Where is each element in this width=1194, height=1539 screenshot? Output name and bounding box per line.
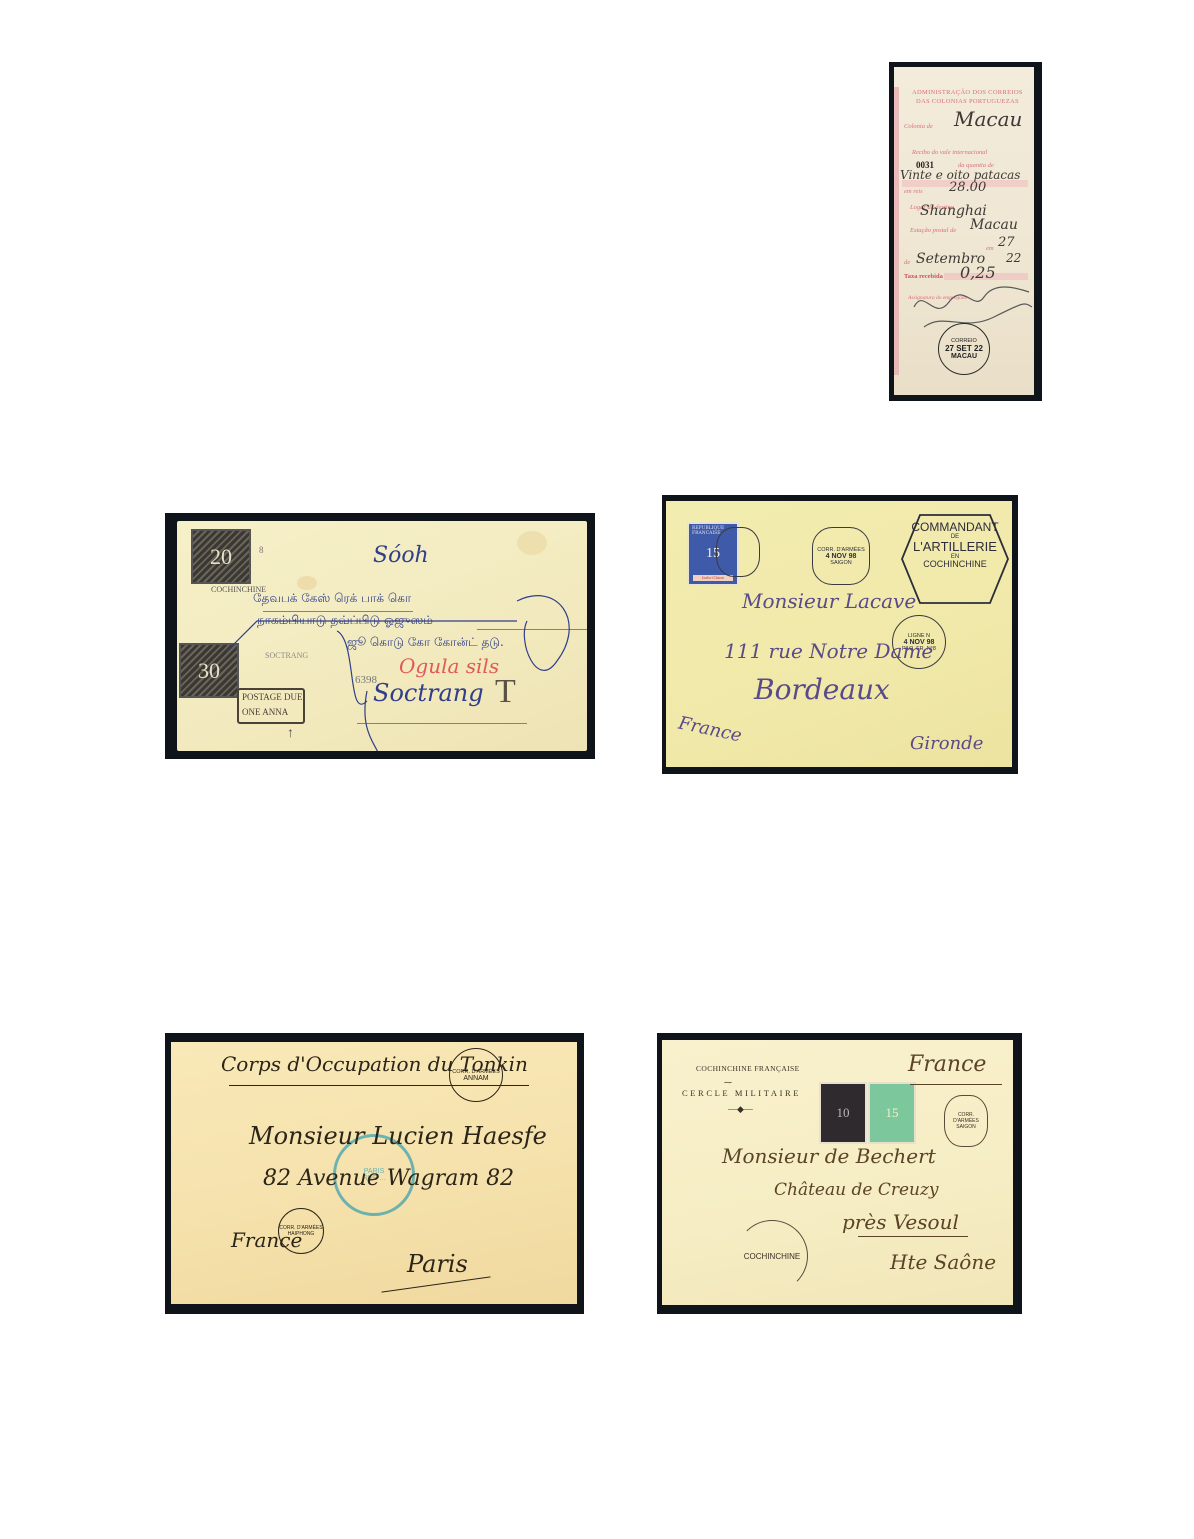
receipt-office: Macau <box>970 217 1018 233</box>
postmark-bottom: MACAU <box>951 353 977 360</box>
indochine-15c-stamp: 15 <box>868 1082 916 1144</box>
postmark-date: 4 NOV 98 <box>826 553 857 560</box>
annam-postmark: CORR. D'ARMÉES ANNAM <box>449 1048 503 1102</box>
postmark-location: SAIGON <box>830 560 851 566</box>
address-line-1: Monsieur Lucien Haesfe <box>249 1122 547 1150</box>
corps-armees-postmark: CORR. D'ARMÉES SAIGON <box>944 1095 988 1147</box>
cochinchine-postmark: COCHINCHINE <box>736 1220 808 1292</box>
handstamp-line5: COCHINCHINE <box>900 560 1010 569</box>
address-line-3: France <box>231 1228 302 1252</box>
address-line-3: Château de Creuzy <box>774 1180 939 1200</box>
envelope-paper: COCHINCHINE FRANÇAISE ⁓ CERCLE MILITAIRE… <box>662 1040 1013 1305</box>
corps-armees-postmark: CORR. D'ARMÉES 4 NOV 98 SAIGON <box>812 527 870 585</box>
address-line-2: Monsieur de Bechert <box>722 1144 936 1168</box>
artillery-command-cover: REPUBLIQUE FRANCAISE 15 Indo-Chine CORR.… <box>662 495 1018 774</box>
handstamp-line3: L'ARTILLERIE <box>900 540 1010 554</box>
octagonal-postmark-partial <box>716 527 760 577</box>
address-line-5: Hte Saône <box>890 1250 996 1274</box>
address-underline <box>381 1276 490 1292</box>
envelope-paper: REPUBLIQUE FRANCAISE 15 Indo-Chine CORR.… <box>666 501 1012 767</box>
blue-flourish <box>217 581 587 751</box>
artillery-handstamp: COMMANDANT DE L'ARTILLERIE EN COCHINCHIN… <box>900 521 1010 569</box>
france-underline <box>910 1084 1002 1085</box>
postmark-text: COCHINCHINE <box>744 1252 800 1261</box>
printed-header-line1: COCHINCHINE FRANÇAISE <box>696 1064 800 1073</box>
address-line-1: France <box>908 1052 986 1077</box>
receipt-colonia-label: Colonia de <box>904 123 933 130</box>
receipt-perforated-edge <box>894 87 899 375</box>
receipt-postmark: CORREIO 27 SET 22 MACAU <box>938 323 990 375</box>
stamp-value: 15 <box>886 1105 899 1121</box>
address-line-2: 111 rue Notre Dame <box>724 639 933 663</box>
envelope-paper: 20 COCHINCHINE 30 POSTAGE DUE ONE ANNA ↑… <box>177 521 587 751</box>
receipt-paper: ADMINISTRAÇÃO DOS CORREIOS DAS COLONIAS … <box>894 67 1034 395</box>
receipt-amount: 28.00 <box>949 180 986 195</box>
receipt-de-label: de <box>904 259 910 266</box>
receipt-year: 22 <box>1006 251 1021 265</box>
indochine-10c-stamp: 10 <box>819 1082 867 1144</box>
postage-due-stamp: 20 <box>191 529 251 584</box>
address-underline <box>858 1236 968 1237</box>
cercle-militaire-cover: COCHINCHINE FRANÇAISE ⁓ CERCLE MILITAIRE… <box>657 1033 1022 1314</box>
postmark-text: CORR. D'ARMÉES <box>945 1112 987 1124</box>
address-line-4: Paris <box>407 1250 468 1278</box>
handstamp-line1: COMMANDANT <box>900 521 1010 534</box>
receipt-fee: 0,25 <box>960 263 996 282</box>
stamp-value: 20 <box>210 544 232 570</box>
printed-header-line2: CERCLE MILITAIRE <box>682 1088 801 1098</box>
address-line-1: Sóoh <box>373 543 429 568</box>
address-line-4: près Vesoul <box>842 1210 959 1234</box>
stamp-value: 10 <box>837 1105 850 1121</box>
postmark-location: ANNAM <box>463 1075 488 1082</box>
receipt-reis-label: em reis <box>904 188 923 195</box>
receipt-recibo-label: Recibo do vale internacional <box>912 149 987 156</box>
macau-money-order-receipt: ADMINISTRAÇÃO DOS CORREIOS DAS COLONIAS … <box>889 62 1042 401</box>
address-line-2: 82 Avenue Wagram 82 <box>263 1166 514 1191</box>
tonkin-occupation-cover: Corps d'Occupation du Tonkin CORR. D'ARM… <box>165 1033 584 1314</box>
postmark-location: SAIGON <box>956 1124 975 1130</box>
receipt-colonia-value: Macau <box>954 107 1022 131</box>
foxing-spot <box>517 531 547 555</box>
receipt-estacao-label: Estação postal de <box>910 227 956 234</box>
address-line-1: Monsieur Lacave <box>742 589 916 613</box>
ornament-icon: ⁓ <box>724 1078 732 1087</box>
receipt-header-line2: DAS COLONIAS PORTUGUEZAS <box>916 98 1019 105</box>
envelope-paper: Corps d'Occupation du Tonkin CORR. D'ARM… <box>171 1042 577 1304</box>
address-line-3: Bordeaux <box>754 673 890 706</box>
receipt-taxa-label: Taxa recebida <box>904 273 943 280</box>
postage-due-cover: 20 COCHINCHINE 30 POSTAGE DUE ONE ANNA ↑… <box>165 513 595 759</box>
receipt-header-line1: ADMINISTRAÇÃO DOS CORREIOS <box>912 89 1023 96</box>
address-line-5: Gironde <box>910 733 983 754</box>
pencil-mark: 8 <box>259 545 264 555</box>
receipt-em-label: em <box>986 245 994 252</box>
ornament-divider-icon: —◆— <box>728 1104 753 1115</box>
receipt-day: 27 <box>998 235 1015 250</box>
postmark-date: 27 SET 22 <box>945 344 983 353</box>
address-line-4: France <box>677 713 744 747</box>
